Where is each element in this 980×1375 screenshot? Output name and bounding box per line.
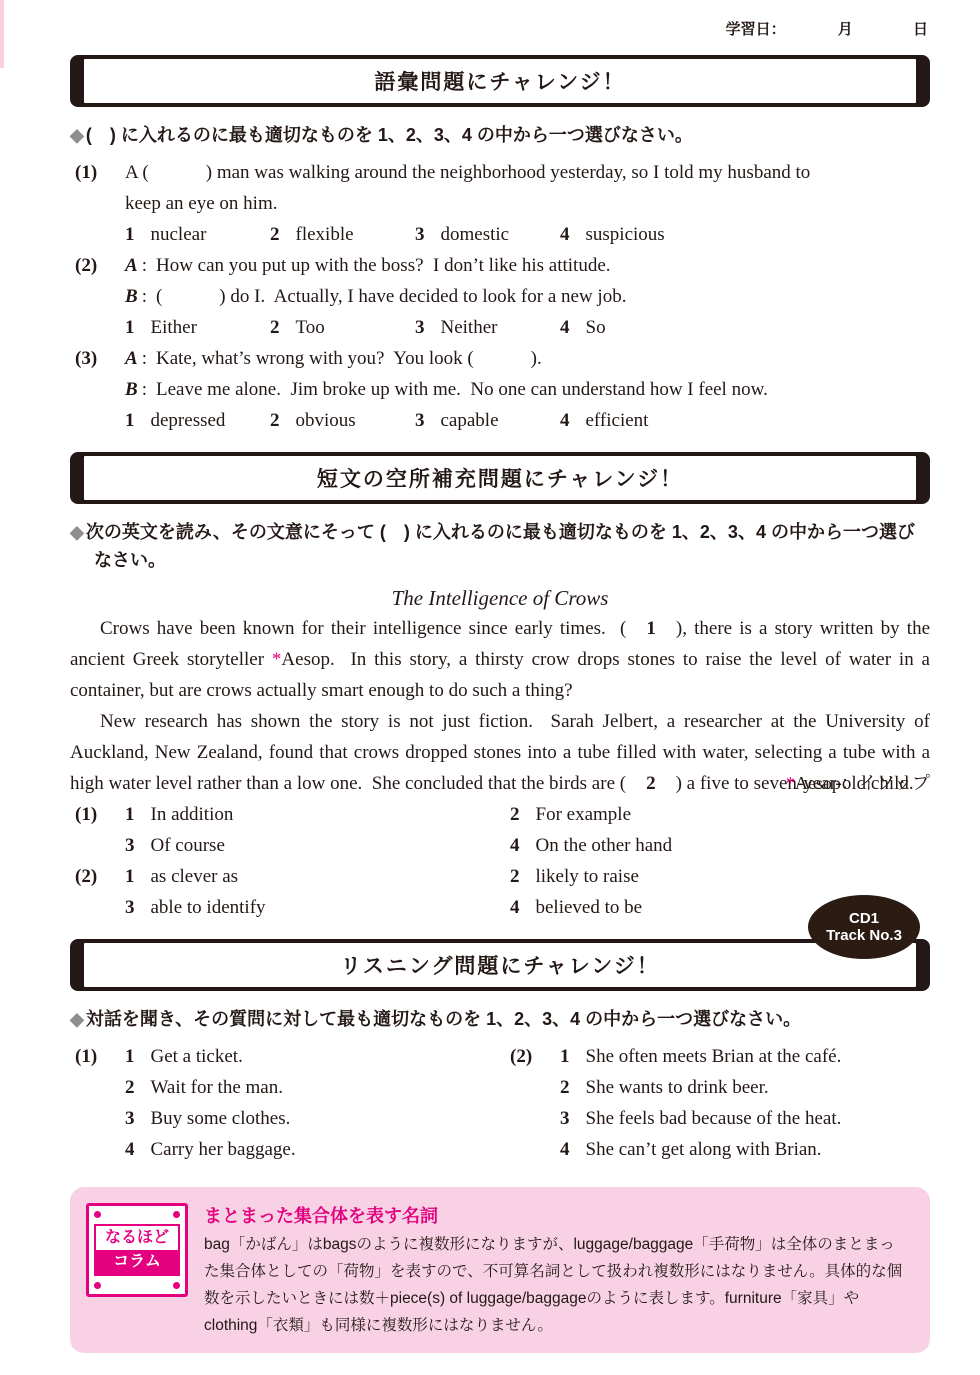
option-3: 3capable (415, 405, 560, 436)
question-number: (2) (75, 861, 125, 923)
stamp-dot (173, 1211, 180, 1218)
option-4: 4suspicious (560, 219, 665, 250)
option-4: 4Carry her baggage. (125, 1134, 505, 1165)
stamp-dot (94, 1282, 101, 1289)
vocab-question-3: (3) A:Kate, what’s wrong with you? You l… (75, 343, 930, 436)
speaker-b: B (125, 379, 138, 400)
stamp-label-top: なるほど (96, 1226, 178, 1250)
question-number: (2) (510, 1041, 560, 1165)
question-number: (1) (75, 799, 125, 861)
cd-number: CD1 (808, 910, 920, 927)
option-3: 3domestic (415, 219, 560, 250)
option-3: 3Neither (415, 312, 560, 343)
option-2: 2flexible (270, 219, 415, 250)
section-title-listening: リスニング問題にチャレンジ！ (84, 943, 916, 987)
month-label: 月 (838, 21, 853, 38)
page-edge-strip (0, 0, 4, 68)
question-number: (2) (75, 250, 125, 343)
diamond-bullet-icon: ◆ (70, 1009, 84, 1029)
vocab-instruction: ◆( ) に入れるのに最も適切なものを 1、2、3、4 の中から一つ選びなさい。 (70, 121, 930, 149)
option-2: 2likely to raise (510, 861, 930, 892)
answer-options: 1Either 2Too 3Neither 4So (125, 312, 930, 343)
cloze-options-1: (1) 1In addition 2For example 3Of course… (75, 799, 930, 861)
option-4: 4efficient (560, 405, 648, 436)
cloze-options-2: (2) 1as clever as 2likely to raise 3able… (75, 861, 930, 923)
stamp-dot (173, 1282, 180, 1289)
answer-options: 1nuclear 2flexible 3domestic 4suspicious (125, 219, 930, 250)
question-number: (1) (75, 1041, 125, 1165)
listening-question-2: (2) 1She often meets Brian at the café. … (510, 1041, 930, 1165)
question-text: A ( ) man was walking around the neighbo… (125, 157, 930, 188)
vocab-question-1: (1) A ( ) man was walking around the nei… (75, 157, 930, 250)
option-2: 2She wants to drink beer. (560, 1072, 930, 1103)
stamp-label-bottom: コラム (96, 1250, 178, 1274)
option-4: 4On the other hand (510, 830, 930, 861)
option-2: 2obvious (270, 405, 415, 436)
listening-question-1: (1) 1Get a ticket. 2Wait for the man. 3B… (75, 1041, 505, 1165)
blank-1: 1 (626, 618, 676, 639)
study-date-header: 学習日： 月 日 (0, 0, 980, 39)
option-1: 1She often meets Brian at the café. (560, 1041, 930, 1072)
footnote-asterisk: * (272, 649, 282, 670)
footnote-asterisk: * (786, 773, 795, 793)
option-1: 1depressed (125, 405, 270, 436)
option-1: 1nuclear (125, 219, 270, 250)
option-1: 1In addition (125, 799, 510, 830)
option-2: 2Too (270, 312, 415, 343)
stamp-dot (94, 1211, 101, 1218)
vocab-questions: (1) A ( ) man was walking around the nei… (70, 157, 930, 436)
option-4: 4So (560, 312, 606, 343)
option-3: 3She feels bad because of the heat. (560, 1103, 930, 1134)
question-text: keep an eye on him. (125, 188, 930, 219)
passage-paragraph-1: Crows have been known for their intellig… (70, 613, 930, 706)
passage-title: The Intelligence of Crows (70, 586, 930, 611)
naruhodo-column-stamp: なるほど コラム (86, 1203, 188, 1297)
option-2: 2For example (510, 799, 930, 830)
section-bar-cloze: 短文の空所補充問題にチャレンジ！ (70, 452, 930, 504)
listening-questions: (1) 1Get a ticket. 2Wait for the man. 3B… (70, 1041, 930, 1165)
answer-options: 1depressed 2obvious 3capable 4efficient (125, 405, 930, 436)
dialogue-line-b: B:( ) do I. Actually, I have decided to … (125, 281, 930, 312)
section-title-vocabulary: 語彙問題にチャレンジ！ (84, 59, 916, 103)
option-2: 2Wait for the man. (125, 1072, 505, 1103)
dialogue-line-a: A:Kate, what’s wrong with you? You look … (125, 343, 930, 374)
cd-track-badge: CD1 Track No.3 (808, 895, 920, 959)
speaker-a: A (125, 348, 138, 369)
question-number: (1) (75, 157, 125, 250)
option-3: 3Of course (125, 830, 510, 861)
section-bar-vocabulary: 語彙問題にチャレンジ！ (70, 55, 930, 107)
section-title-cloze: 短文の空所補充問題にチャレンジ！ (84, 456, 916, 500)
grammar-column-panel: なるほど コラム まとまった集合体を表す名詞 bag「かばん」はbagsのように… (70, 1187, 930, 1353)
option-1: 1Get a ticket. (125, 1041, 505, 1072)
study-date-label: 学習日： (726, 21, 786, 38)
listening-instruction: ◆対話を聞き、その質問に対して最も適切なものを 1、2、3、4 の中から一つ選び… (70, 1005, 930, 1033)
option-3: 3able to identify (125, 892, 510, 923)
day-label: 日 (913, 21, 928, 38)
column-title: まとまった集合体を表す名詞 (204, 1203, 910, 1229)
speaker-a: A (125, 255, 138, 276)
diamond-bullet-icon: ◆ (70, 522, 84, 542)
speaker-b: B (125, 286, 138, 307)
option-4: 4She can’t get along with Brian. (560, 1134, 930, 1165)
blank-2: 2 (626, 773, 676, 794)
answer-options: 1In addition 2For example 3Of course 4On… (125, 799, 930, 861)
option-1: 1Either (125, 312, 270, 343)
option-3: 3Buy some clothes. (125, 1103, 505, 1134)
vocab-question-2: (2) A:How can you put up with the boss? … (75, 250, 930, 343)
option-1: 1as clever as (125, 861, 510, 892)
column-body: bag「かばん」はbagsのように複数形になりますが、luggage/bagga… (204, 1231, 910, 1339)
question-number: (3) (75, 343, 125, 436)
cloze-instruction: ◆次の英文を読み、その文意にそって ( ) に入れるのに最も適切なものを 1、2… (70, 518, 930, 574)
track-number: Track No.3 (808, 927, 920, 944)
diamond-bullet-icon: ◆ (70, 125, 84, 145)
dialogue-line-a: A:How can you put up with the boss? I do… (125, 250, 930, 281)
dialogue-line-b: B:Leave me alone. Jim broke up with me. … (125, 374, 930, 405)
section-bar-listening: リスニング問題にチャレンジ！ (70, 939, 930, 991)
